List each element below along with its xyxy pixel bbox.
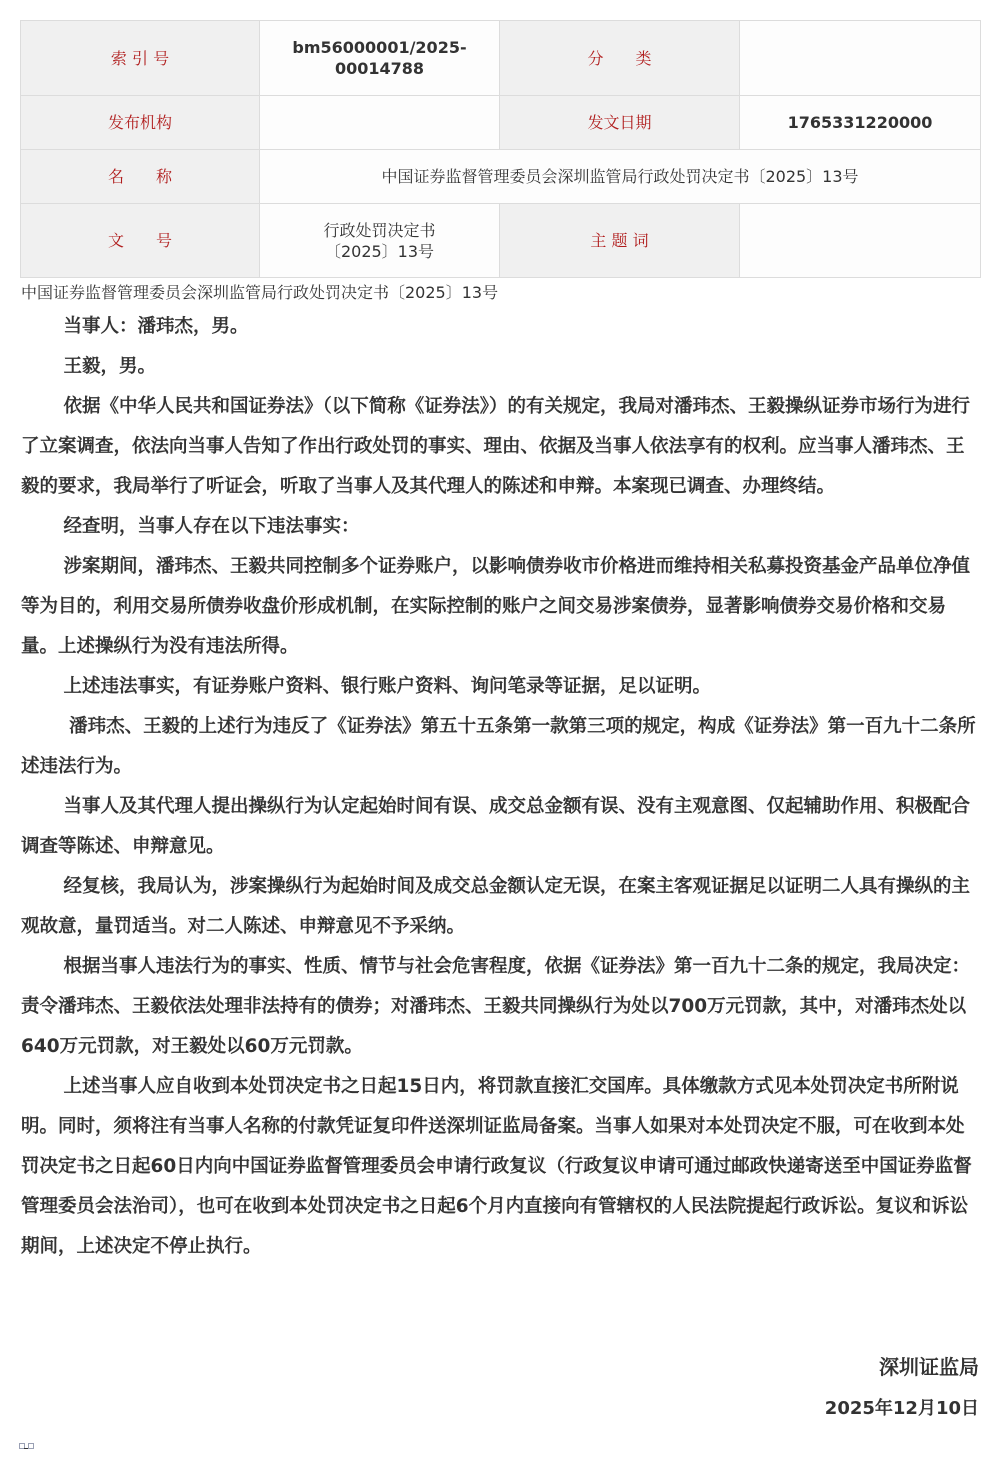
issue-date-label: 发文日期 bbox=[500, 96, 740, 150]
issue-date-value: 1765331220000 bbox=[740, 96, 981, 150]
paragraph-facts: 涉案期间，潘玮杰、王毅共同控制多个证券账户，以影响债券收市价格进而维持相关私募投… bbox=[21, 547, 979, 667]
paragraph-decision: 根据当事人违法行为的事实、性质、情节与社会危害程度，依据《证券法》第一百九十二条… bbox=[21, 947, 979, 1067]
keywords-label: 主 题 词 bbox=[500, 204, 740, 278]
signature-organization: 深圳证监局 bbox=[879, 1352, 979, 1382]
keywords-value bbox=[740, 204, 981, 278]
broken-image-icon[interactable] bbox=[19, 1443, 35, 1451]
paragraph-basis: 依据《中华人民共和国证券法》（以下简称《证券法》）的有关规定，我局对潘玮杰、王毅… bbox=[21, 387, 979, 507]
publisher-label: 发布机构 bbox=[21, 96, 260, 150]
document-info-table: 索 引 号 bm56000001/2025-00014788 分 类 发布机构 … bbox=[20, 20, 981, 278]
document-body: 当事人：潘玮杰，男。 王毅，男。 依据《中华人民共和国证券法》（以下简称《证券法… bbox=[21, 307, 979, 1267]
paragraph-party-2: 王毅，男。 bbox=[21, 347, 979, 387]
name-value: 中国证券监督管理委员会深圳监管局行政处罚决定书〔2025〕13号 bbox=[260, 150, 981, 204]
paragraph-evidence: 上述违法事实，有证券账户资料、银行账户资料、询问笔录等证据，足以证明。 bbox=[21, 667, 979, 707]
publisher-value bbox=[260, 96, 500, 150]
index-number-label: 索 引 号 bbox=[21, 21, 260, 96]
category-value bbox=[740, 21, 981, 96]
info-row-doc-number: 文 号 行政处罚决定书 〔2025〕13号 主 题 词 bbox=[21, 204, 981, 278]
category-label: 分 类 bbox=[500, 21, 740, 96]
index-number-value: bm56000001/2025-00014788 bbox=[260, 21, 500, 96]
paragraph-violation: 潘玮杰、王毅的上述行为违反了《证券法》第五十五条第一款第三项的规定，构成《证券法… bbox=[21, 707, 979, 787]
doc-number-line1: 行政处罚决定书 bbox=[266, 220, 493, 241]
info-row-name: 名 称 中国证券监督管理委员会深圳监管局行政处罚决定书〔2025〕13号 bbox=[21, 150, 981, 204]
paragraph-defense: 当事人及其代理人提出操纵行为认定起始时间有误、成交总金额有误、没有主观意图、仅起… bbox=[21, 787, 979, 867]
info-row-publisher: 发布机构 发文日期 1765331220000 bbox=[21, 96, 981, 150]
document-title: 中国证券监督管理委员会深圳监管局行政处罚决定书〔2025〕13号 bbox=[21, 282, 498, 304]
signature-date: 2025年12月10日 bbox=[825, 1396, 979, 1422]
doc-number-label: 文 号 bbox=[21, 204, 260, 278]
paragraph-payment-appeal: 上述当事人应自收到本处罚决定书之日起15日内，将罚款直接汇交国库。具体缴款方式见… bbox=[21, 1067, 979, 1267]
doc-number-line2: 〔2025〕13号 bbox=[266, 241, 493, 262]
name-label: 名 称 bbox=[21, 150, 260, 204]
paragraph-review: 经复核，我局认为，涉案操纵行为起始时间及成交总金额认定无误，在案主客观证据足以证… bbox=[21, 867, 979, 947]
paragraph-findings-intro: 经查明，当事人存在以下违法事实： bbox=[21, 507, 979, 547]
paragraph-party-1: 当事人：潘玮杰，男。 bbox=[21, 307, 979, 347]
info-row-index: 索 引 号 bm56000001/2025-00014788 分 类 bbox=[21, 21, 981, 96]
doc-number-value: 行政处罚决定书 〔2025〕13号 bbox=[260, 204, 500, 278]
